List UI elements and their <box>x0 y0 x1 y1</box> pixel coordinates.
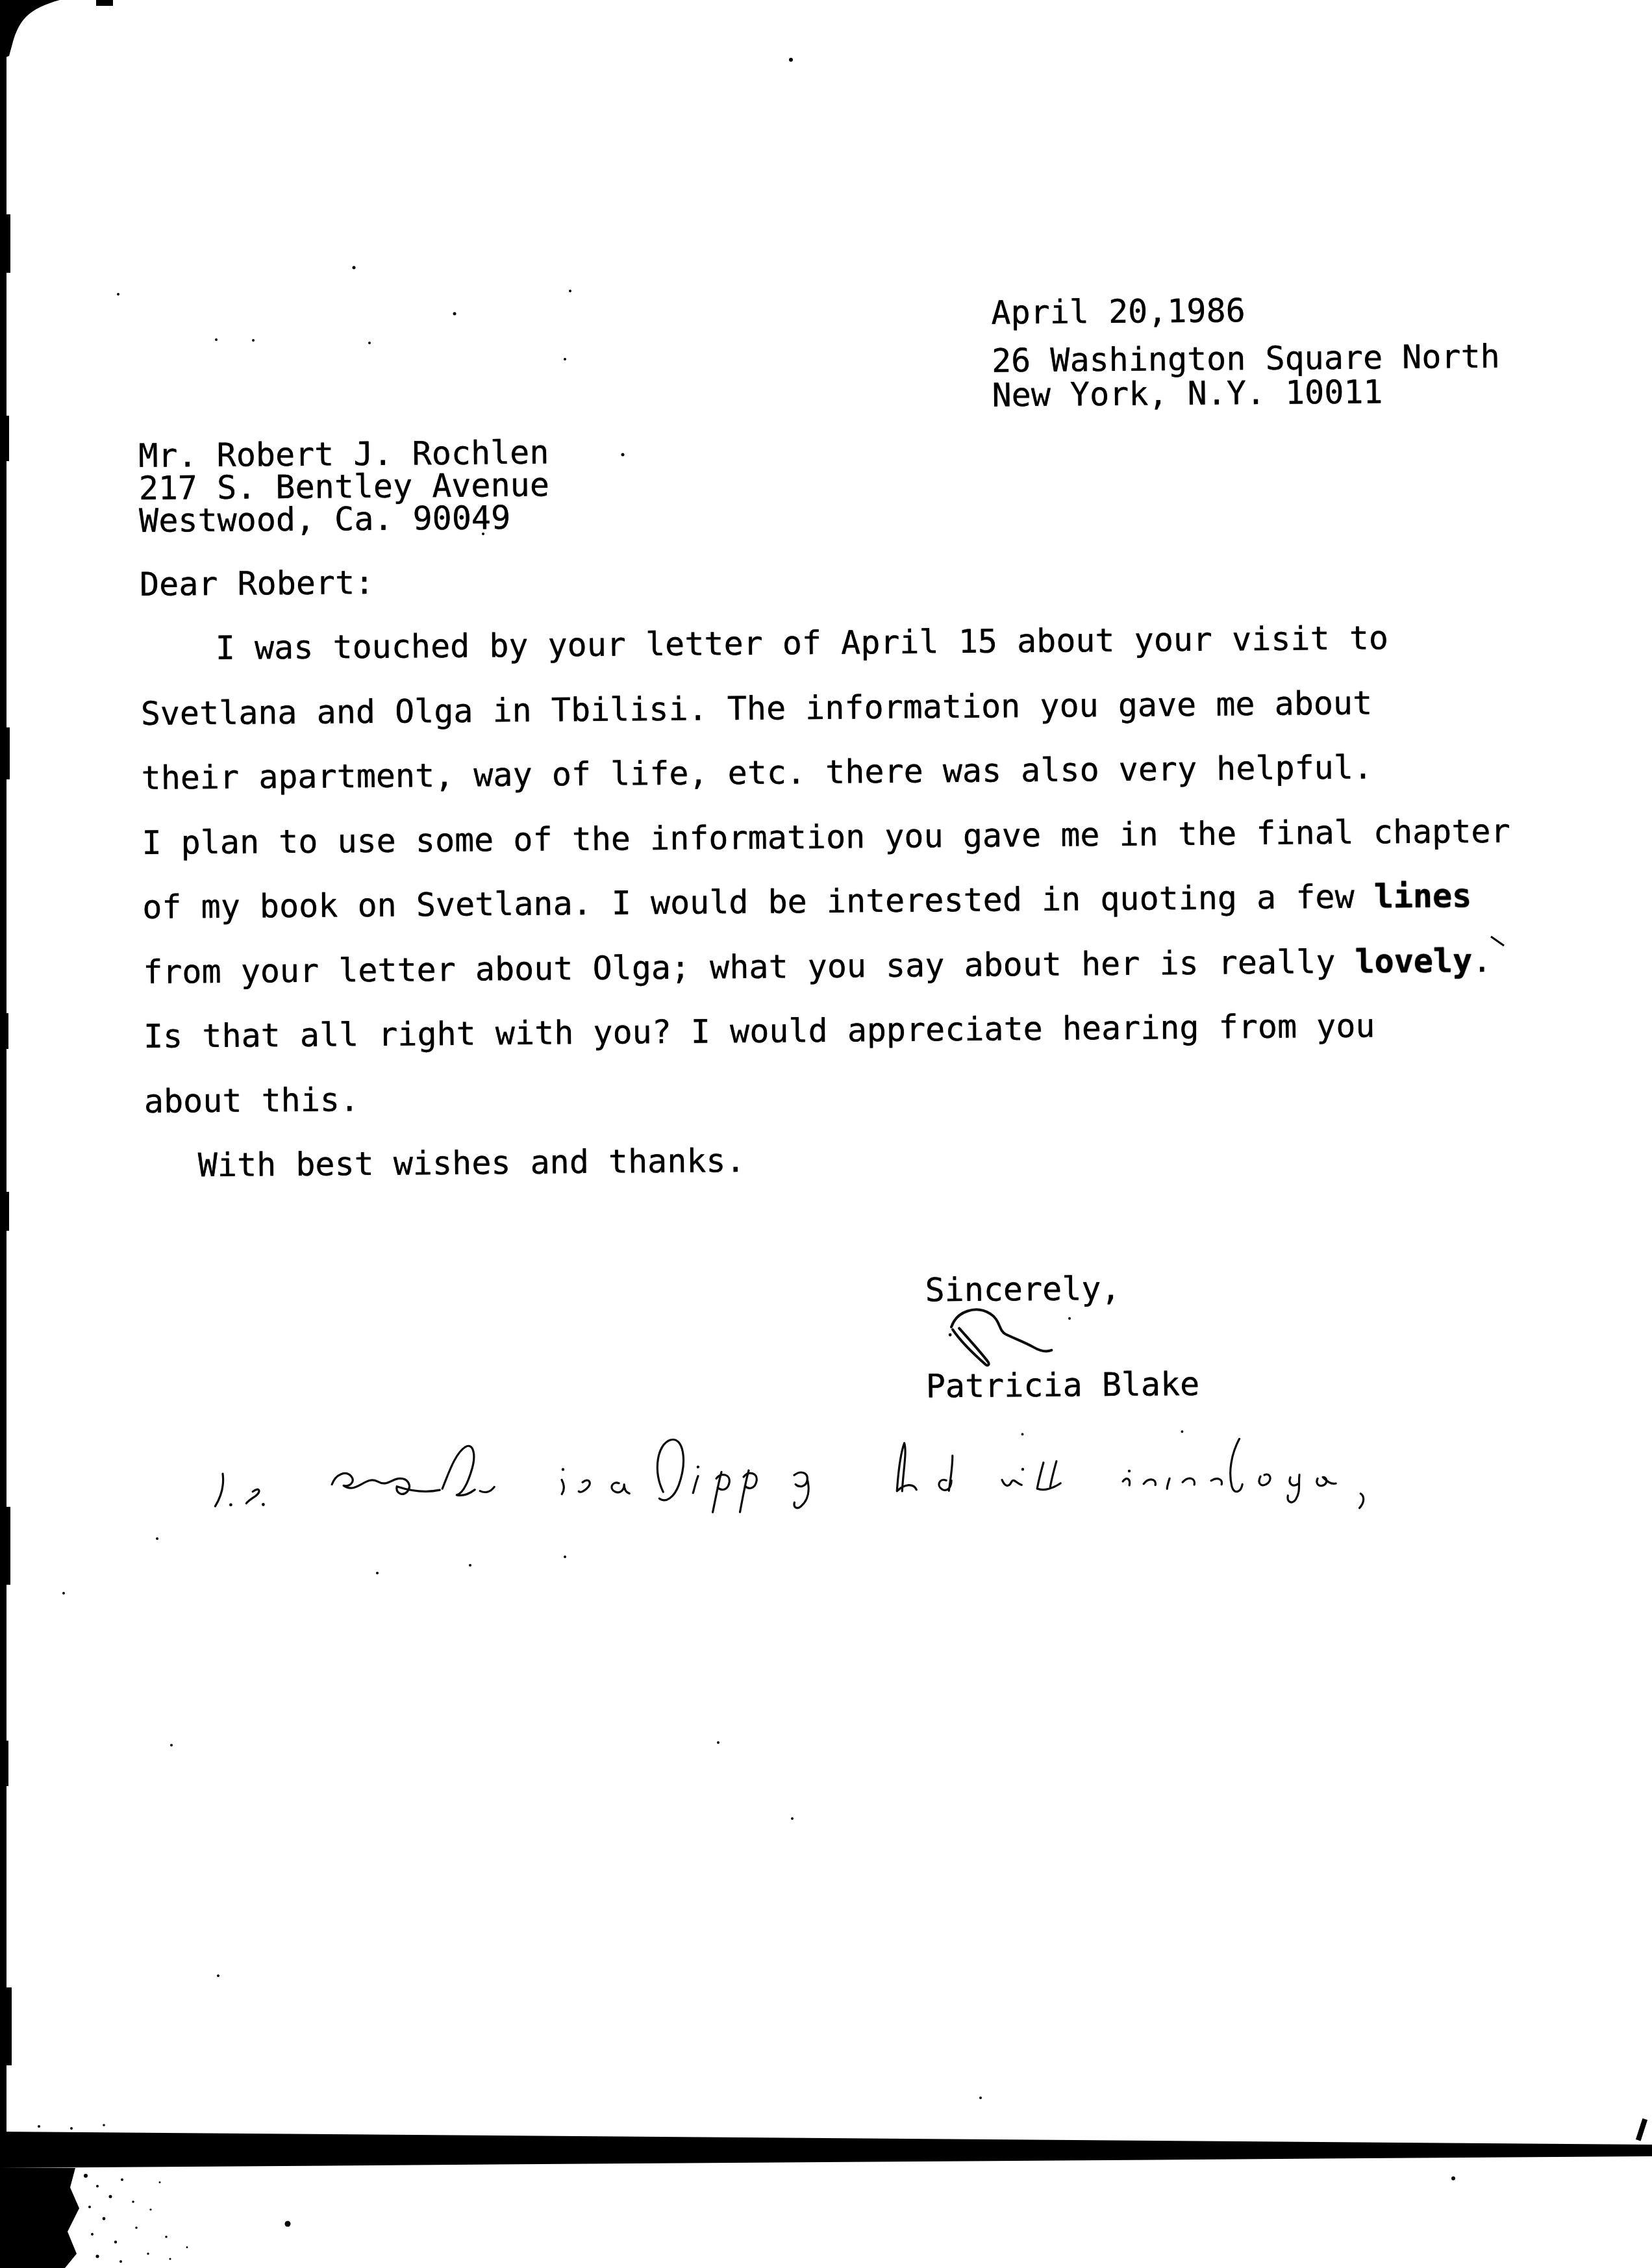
body-text-run: . <box>1472 941 1492 979</box>
body-line: I was touched by your letter of April 15… <box>140 618 1509 695</box>
signature-name: Patricia Blake <box>926 1365 1200 1405</box>
recipient-address: Mr. Robert J. Rochlen217 S. Bentley Aven… <box>138 436 549 538</box>
body-text-run: lines <box>1374 877 1472 915</box>
body-line: their apartment, way of life, etc. there… <box>141 748 1510 824</box>
body-line: about this. <box>144 1070 1513 1147</box>
body-text-run: about this. <box>144 1081 360 1120</box>
letter-content: April 20,1986 26 Washington Square North… <box>0 0 1652 2268</box>
salutation: Dear Robert: <box>140 564 375 603</box>
body-line: Is that all right with you? I would appr… <box>144 1006 1512 1083</box>
letter-page: April 20,1986 26 Washington Square North… <box>0 0 1652 2268</box>
sender-address: 26 Washington Square NorthNew York, N.Y.… <box>992 340 1501 413</box>
sender-address-line: 26 Washington Square North <box>992 340 1500 379</box>
handwritten-postscript <box>197 1423 1393 1531</box>
body-line: of my book on Svetlana. I would be inter… <box>142 877 1511 953</box>
body-text-run: lovely <box>1355 942 1472 981</box>
body-line: I plan to use some of the information yo… <box>142 812 1510 888</box>
signature-scribble-icon <box>942 1301 1086 1367</box>
body-line: Svetlana and Olga in Tbilisi. The inform… <box>141 683 1510 759</box>
sender-address-line: New York, N.Y. 10011 <box>992 374 1500 413</box>
body-line: With best wishes and thanks. <box>145 1135 1514 1212</box>
body-text-run: I was touched by your letter of April 15… <box>216 619 1389 667</box>
letter-body: I was touched by your letter of April 15… <box>140 618 1514 1212</box>
recipient-address-line: Westwood, Ca. 90049 <box>139 501 550 538</box>
letter-date: April 20,1986 <box>991 292 1245 331</box>
body-line: from your letter about Olga; what you sa… <box>143 941 1512 1018</box>
body-text-run: With best wishes and thanks. <box>198 1142 745 1184</box>
